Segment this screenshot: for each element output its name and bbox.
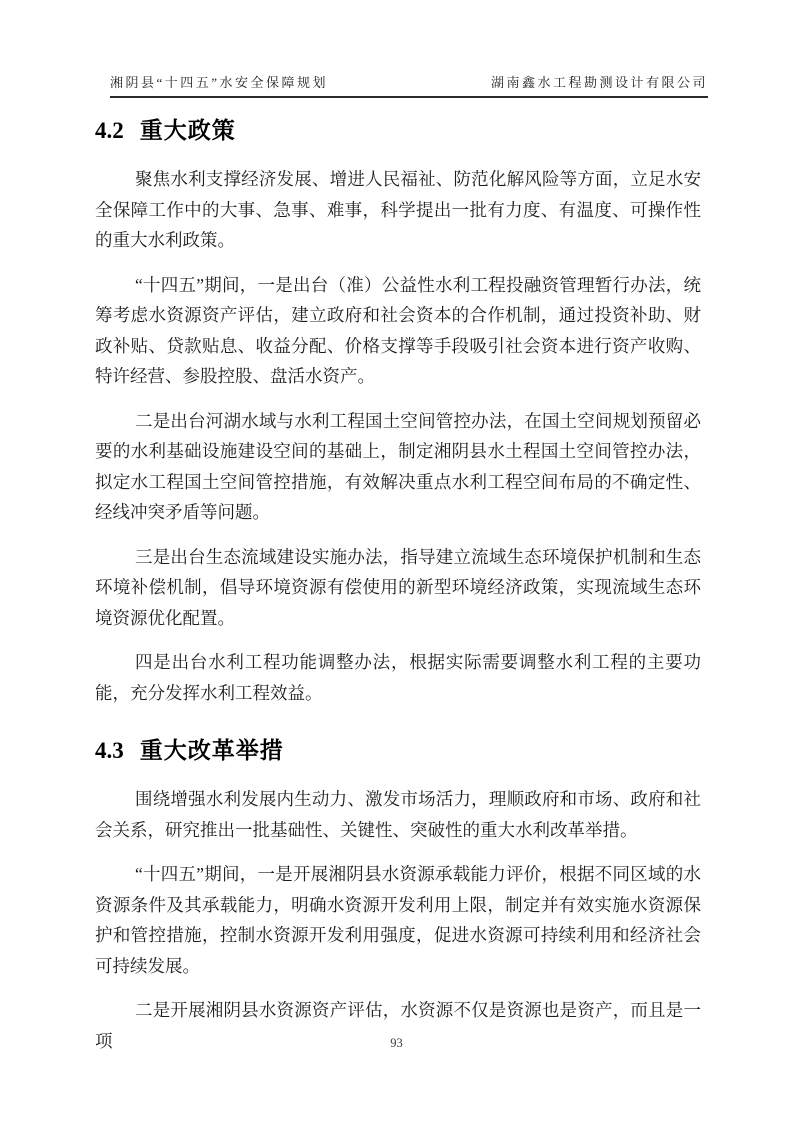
paragraph: 四是出台水利工程功能调整办法，根据实际需要调整水利工程的主要功能，充分发挥水利工…: [95, 647, 701, 708]
page-footer: 93: [0, 1036, 793, 1051]
header-left-title: 湘阴县“十四五”水安全保障规划: [110, 72, 328, 91]
paragraph: 二是出台河湖水域与水利工程国土空间管控办法，在国土空间规划预留必要的水利基础设施…: [95, 406, 701, 528]
paragraph: “十四五”期间，一是开展湘阴县水资源承载能力评价，根据不同区域的水资源条件及其承…: [95, 859, 701, 981]
paragraph: 围绕增强水利发展内生动力、激发市场活力，理顺政府和市场、政府和社会关系，研究推出…: [95, 784, 701, 845]
document-body: 4.2 重大政策 聚焦水利支撑经济发展、增进人民福祉、防范化解风险等方面，立足水…: [95, 114, 701, 1070]
document-page: 湘阴县“十四五”水安全保障规划 湖南鑫水工程勘测设计有限公司 4.2 重大政策 …: [0, 0, 793, 1122]
paragraph: “十四五”期间，一是出台（准）公益性水利工程投融资管理暂行办法，统筹考虑水资源资…: [95, 270, 701, 392]
header-right-company: 湖南鑫水工程勘测设计有限公司: [491, 72, 708, 91]
section-title: 重大政策: [140, 114, 236, 146]
section-heading-4-2: 4.2 重大政策: [95, 114, 701, 147]
section-heading-4-3: 4.3 重大改革举措: [95, 734, 701, 767]
paragraph: 三是出台生态流域建设实施办法，指导建立流域生态环境保护机制和生态环境补偿机制，倡…: [95, 542, 701, 634]
page-header: 湘阴县“十四五”水安全保障规划 湖南鑫水工程勘测设计有限公司: [110, 72, 708, 98]
page-number: 93: [390, 1036, 403, 1050]
section-number: 4.2: [95, 115, 124, 147]
paragraph: 聚焦水利支撑经济发展、增进人民福祉、防范化解风险等方面，立足水安全保障工作中的大…: [95, 164, 701, 256]
section-title: 重大改革举措: [140, 734, 284, 766]
section-number: 4.3: [95, 735, 124, 767]
